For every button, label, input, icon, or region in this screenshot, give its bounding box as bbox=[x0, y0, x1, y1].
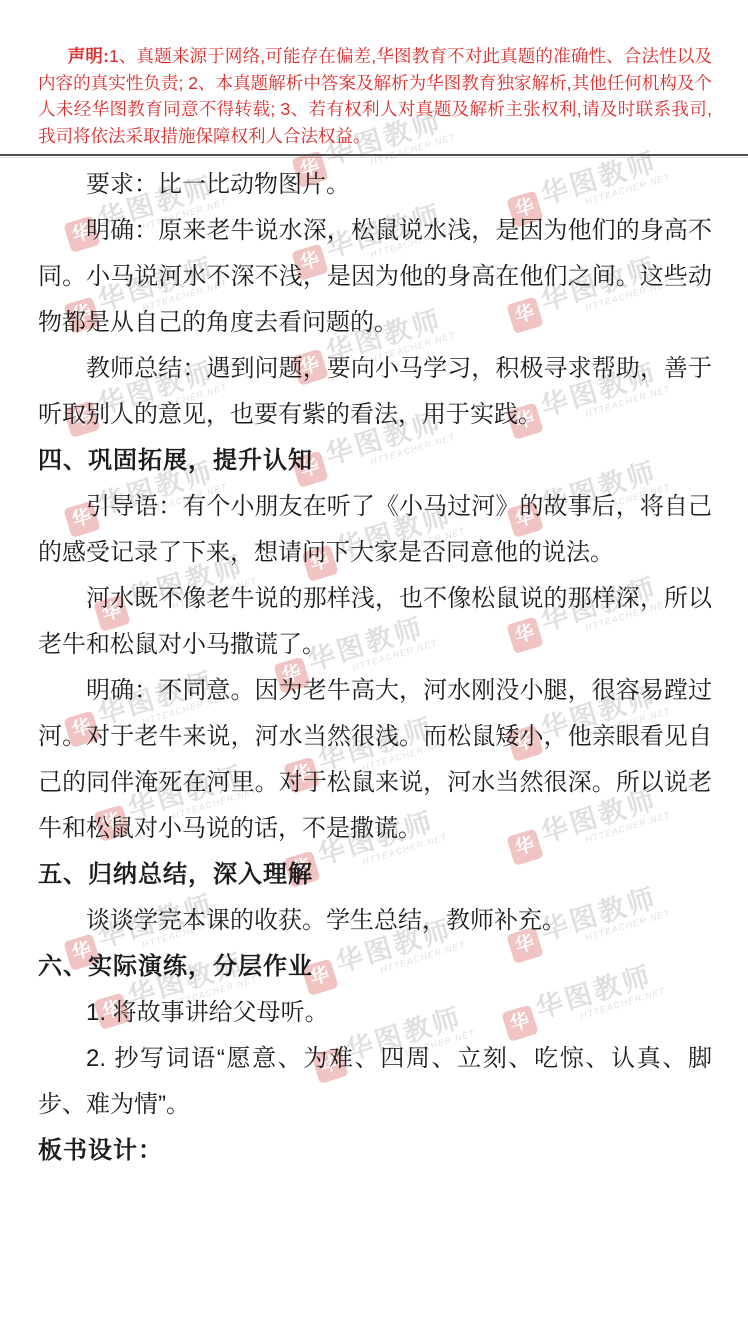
disclaimer: 声明:1、真题来源于网络,可能存在偏差,华图教育不对此真题的准确性、合法性以及内… bbox=[0, 0, 748, 149]
paragraph: 谈谈学完本课的收获。学生总结，教师补充。 bbox=[38, 898, 712, 944]
section-heading: 六、实际演练，分层作业 bbox=[38, 944, 712, 990]
section-heading: 五、归纳总结，深入理解 bbox=[38, 852, 712, 898]
disclaimer-label: 声明: bbox=[68, 46, 109, 66]
section-heading: 板书设计： bbox=[38, 1128, 712, 1174]
disclaimer-text: 1、真题来源于网络,可能存在偏差,华图教育不对此真题的准确性、合法性以及内容的真… bbox=[38, 46, 712, 146]
paragraph: 河水既不像老牛说的那样浅，也不像松鼠说的那样深，所以老牛和松鼠对小马撒谎了。 bbox=[38, 576, 712, 668]
paragraph: 教师总结：遇到问题，要向小马学习，积极寻求帮助，善于听取别人的意见，也要有紫的看… bbox=[38, 346, 712, 438]
document-page: { "page": {"width": 748, "height": 1335,… bbox=[0, 0, 748, 1335]
paragraph: 1. 将故事讲给父母听。 bbox=[38, 990, 712, 1036]
paragraph: 2. 抄写词语“愿意、为难、四周、立刻、吃惊、认真、脚步、难为情”。 bbox=[38, 1036, 712, 1128]
paragraph: 明确：不同意。因为老牛高大，河水刚没小腿，很容易蹚过河。对于老牛来说，河水当然很… bbox=[38, 668, 712, 852]
document-body: 要求：比一比动物图片。明确：原来老牛说水深，松鼠说水浅，是因为他们的身高不同。小… bbox=[0, 157, 748, 1174]
paragraph: 引导语：有个小朋友在听了《小马过河》的故事后，将自己的感受记录了下来，想请问下大… bbox=[38, 484, 712, 576]
paragraph: 明确：原来老牛说水深，松鼠说水浅，是因为他们的身高不同。小马说河水不深不浅，是因… bbox=[38, 208, 712, 346]
paragraph: 要求：比一比动物图片。 bbox=[38, 162, 712, 208]
document-content: 声明:1、真题来源于网络,可能存在偏差,华图教育不对此真题的准确性、合法性以及内… bbox=[0, 0, 748, 1174]
section-heading: 四、巩固拓展，提升认知 bbox=[38, 438, 712, 484]
